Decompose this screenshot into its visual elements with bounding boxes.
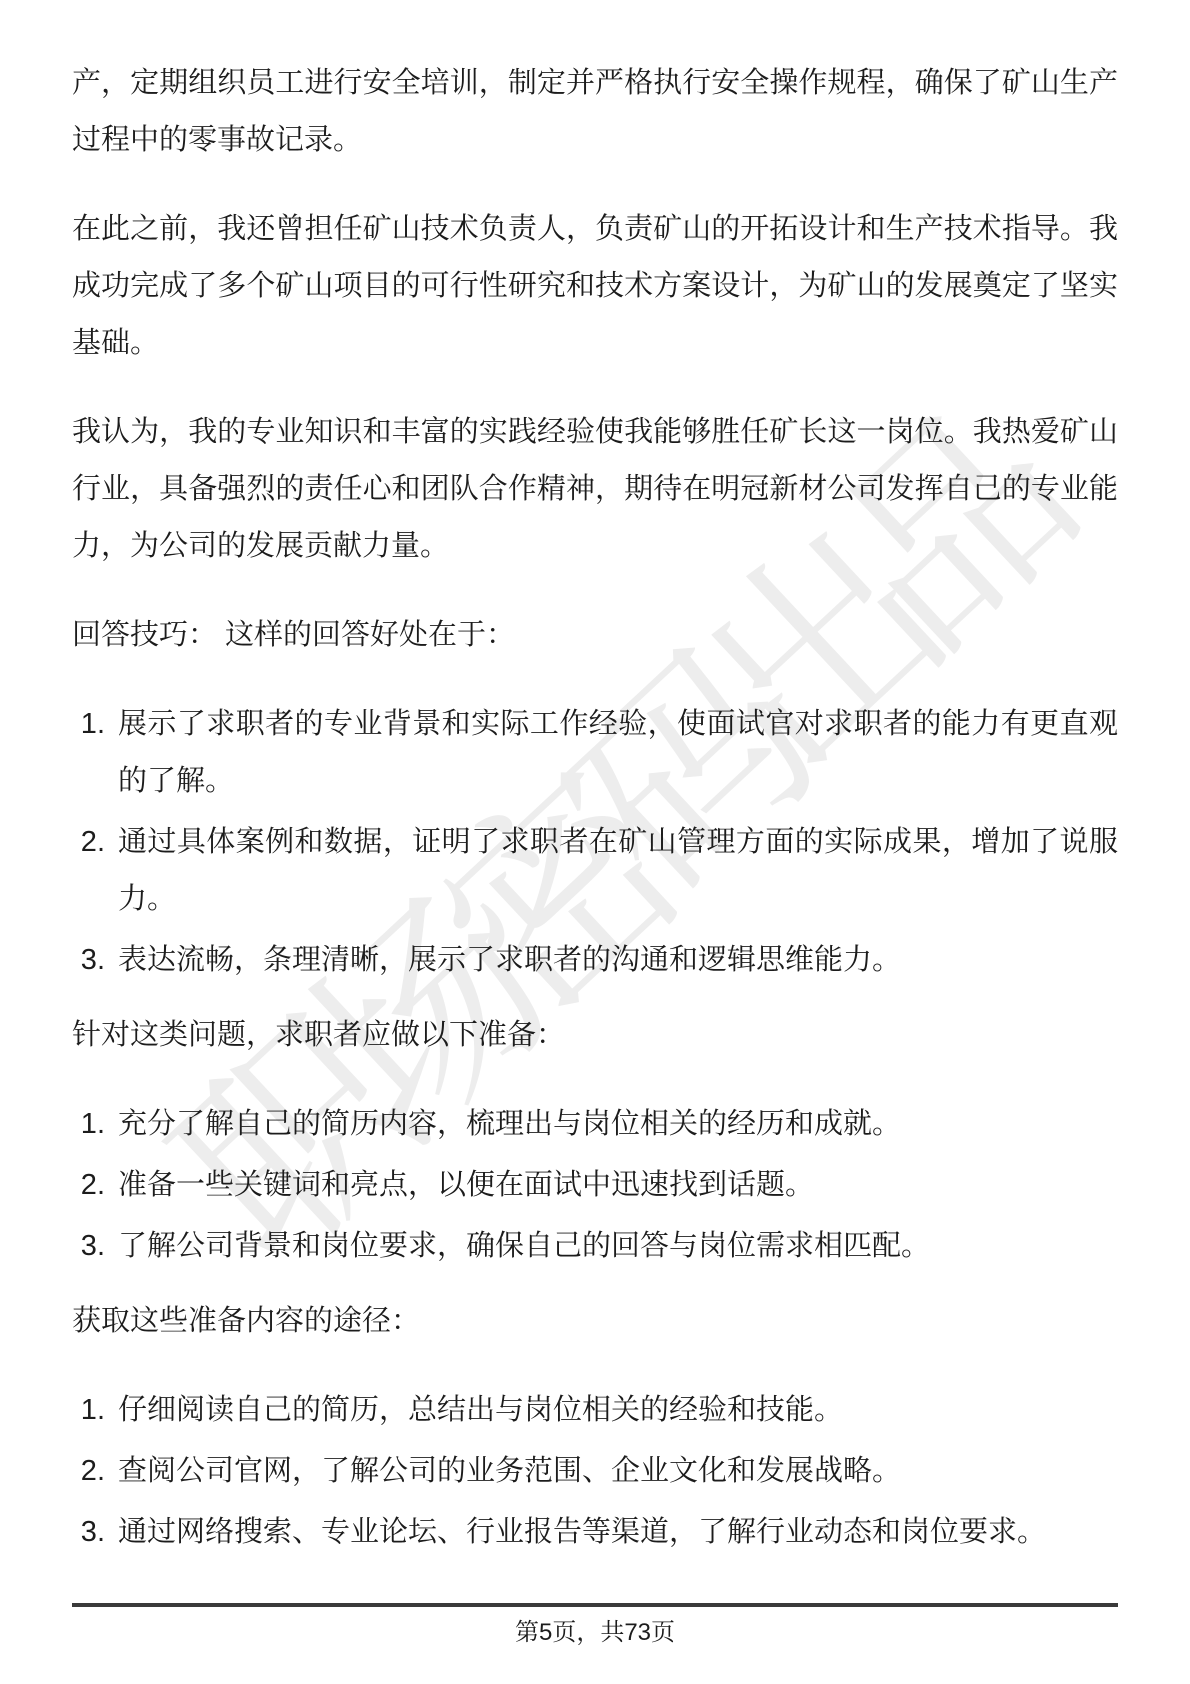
preparation-list-item-1: 充分了解自己的简历内容，梳理出与岗位相关的经历和成就。 — [118, 1096, 1118, 1153]
body-paragraph-previous-role: 在此之前，我还曾担任矿山技术负责人，负责矿山的开拓设计和生产技术指导。我成功完成… — [72, 201, 1118, 372]
footer-divider — [72, 1603, 1118, 1607]
channels-list-item-2: 查阅公司官网，了解公司的业务范围、企业文化和发展战略。 — [118, 1443, 1118, 1500]
benefits-list: 展示了求职者的专业背景和实际工作经验，使面试官对求职者的能力有更直观的了解。 通… — [72, 696, 1118, 989]
document-page: 职场密码出品 产，定期组织员工进行安全培训，制定并严格执行安全操作规程，确保了矿… — [0, 0, 1190, 1684]
channels-heading: 获取这些准备内容的途径： — [72, 1293, 1118, 1350]
answer-tips-heading: 回答技巧： 这样的回答好处在于： — [72, 607, 1118, 664]
preparation-list-item-2: 准备一些关键词和亮点，以便在面试中迅速找到话题。 — [118, 1157, 1118, 1214]
body-paragraph-self-evaluation: 我认为，我的专业知识和丰富的实践经验使我能够胜任矿长这一岗位。我热爱矿山行业，具… — [72, 404, 1118, 575]
preparation-list: 充分了解自己的简历内容，梳理出与岗位相关的经历和成就。 准备一些关键词和亮点，以… — [72, 1096, 1118, 1275]
page-number: 第5页，共73页 — [72, 1617, 1118, 1649]
benefits-list-item-2: 通过具体案例和数据，证明了求职者在矿山管理方面的实际成果，增加了说服力。 — [118, 814, 1118, 928]
page-content: 产，定期组织员工进行安全培训，制定并严格执行安全操作规程，确保了矿山生产过程中的… — [72, 55, 1118, 1579]
channels-list-item-1: 仔细阅读自己的简历，总结出与岗位相关的经验和技能。 — [118, 1382, 1118, 1439]
page-footer: 第5页，共73页 — [72, 1603, 1118, 1649]
preparation-heading: 针对这类问题，求职者应做以下准备： — [72, 1007, 1118, 1064]
preparation-list-item-3: 了解公司背景和岗位要求，确保自己的回答与岗位需求相匹配。 — [118, 1218, 1118, 1275]
channels-list: 仔细阅读自己的简历，总结出与岗位相关的经验和技能。 查阅公司官网，了解公司的业务… — [72, 1382, 1118, 1561]
channels-list-item-3: 通过网络搜索、专业论坛、行业报告等渠道，了解行业动态和岗位要求。 — [118, 1504, 1118, 1561]
body-paragraph-continued: 产，定期组织员工进行安全培训，制定并严格执行安全操作规程，确保了矿山生产过程中的… — [72, 55, 1118, 169]
benefits-list-item-1: 展示了求职者的专业背景和实际工作经验，使面试官对求职者的能力有更直观的了解。 — [118, 696, 1118, 810]
benefits-list-item-3: 表达流畅，条理清晰，展示了求职者的沟通和逻辑思维能力。 — [118, 932, 1118, 989]
